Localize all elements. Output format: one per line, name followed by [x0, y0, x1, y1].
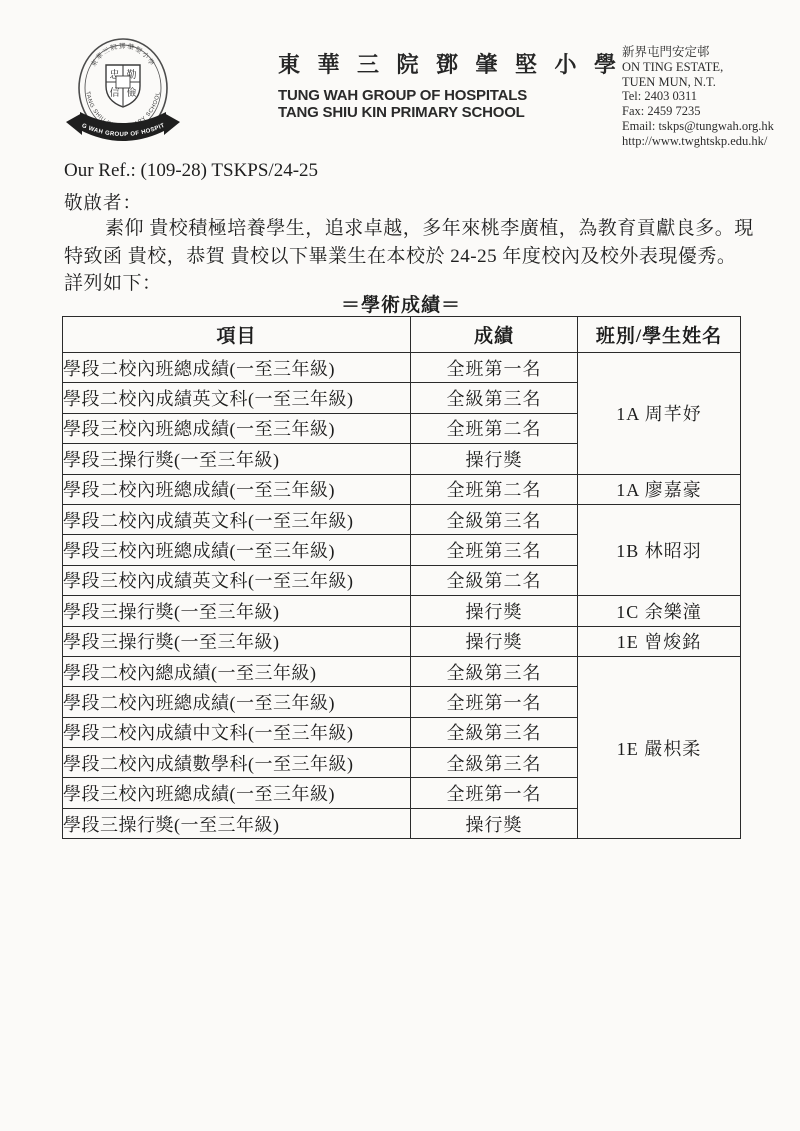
salutation: 敬啟者：: [64, 189, 142, 215]
result-cell: 全班第一名: [411, 687, 578, 717]
result-cell: 全班第二名: [411, 474, 578, 504]
results-table: 項目 成績 班別/學生姓名 學段二校內班總成績(一至三年級)全班第一名1A 周芊…: [62, 316, 741, 839]
item-cell: 學段三校內班總成績(一至三年級): [63, 413, 411, 443]
letter-body: 素仰 貴校積極培養學生，追求卓越，多年來桃李廣植，為教育貢獻良多。現 特致函 貴…: [64, 215, 754, 298]
result-cell: 全級第三名: [411, 748, 578, 778]
item-cell: 學段二校內總成績(一至三年級): [63, 656, 411, 686]
item-cell: 學段二校內班總成績(一至三年級): [63, 353, 411, 383]
contact-address-line2: TUEN MUN, N.T.: [622, 75, 798, 90]
results-table-body: 學段二校內班總成績(一至三年級)全班第一名1A 周芊妤學段二校內成績英文科(一至…: [63, 353, 741, 839]
body-line-1: 素仰 貴校積極培養學生，追求卓越，多年來桃李廣植，為教育貢獻良多。現: [64, 215, 754, 243]
contact-address-line1: ON TING ESTATE,: [622, 60, 798, 75]
item-cell: 學段二校內班總成績(一至三年級): [63, 474, 411, 504]
table-row: 學段二校內總成績(一至三年級)全級第三名1E 嚴枳柔: [63, 656, 741, 686]
contact-website: http://www.twghtskp.edu.hk/: [622, 134, 798, 149]
contact-block: 新界屯門安定邨 ON TING ESTATE, TUEN MUN, N.T. T…: [622, 45, 798, 149]
result-cell: 全級第三名: [411, 504, 578, 534]
item-cell: 學段二校內成績英文科(一至三年級): [63, 383, 411, 413]
result-cell: 全級第三名: [411, 656, 578, 686]
item-cell: 學段二校內班總成績(一至三年級): [63, 687, 411, 717]
table-title: ＝學術成績＝: [62, 290, 740, 317]
header-class-student: 班別/學生姓名: [578, 317, 741, 353]
header-item: 項目: [63, 317, 411, 353]
table-row: 學段二校內成績英文科(一至三年級)全級第三名1B 林昭羽: [63, 504, 741, 534]
student-cell: 1A 周芊妤: [578, 353, 741, 475]
svg-text:東華三院鄧肇堅小學: 東華三院鄧肇堅小學: [89, 41, 158, 68]
item-cell: 學段三校內班總成績(一至三年級): [63, 778, 411, 808]
crest-ring-text-zh: 東華三院鄧肇堅小學: [89, 41, 158, 68]
item-cell: 學段二校內成績中文科(一至三年級): [63, 717, 411, 747]
item-cell: 學段三操行獎(一至三年級): [63, 808, 411, 838]
school-name-english-line1: TUNG WAH GROUP OF HOSPITALS: [278, 88, 598, 105]
school-name-chinese: 東 華 三 院 鄧 肇 堅 小 學: [278, 48, 598, 79]
result-cell: 操行獎: [411, 596, 578, 626]
item-cell: 學段三校內成績英文科(一至三年級): [63, 565, 411, 595]
contact-email: Email: tskps@tungwah.org.hk: [622, 119, 798, 134]
result-cell: 全班第二名: [411, 413, 578, 443]
table-header-row: 項目 成績 班別/學生姓名: [63, 317, 741, 353]
table-row: 學段二校內班總成績(一至三年級)全班第一名1A 周芊妤: [63, 353, 741, 383]
contact-address-chinese: 新界屯門安定邨: [622, 45, 798, 60]
school-name-english: TUNG WAH GROUP OF HOSPITALS TANG SHIU KI…: [278, 88, 598, 121]
item-cell: 學段二校內成績英文科(一至三年級): [63, 504, 411, 534]
table-row: 學段三操行獎(一至三年級)操行獎1C 余樂潼: [63, 596, 741, 626]
result-cell: 全班第三名: [411, 535, 578, 565]
item-cell: 學段三操行獎(一至三年級): [63, 444, 411, 474]
contact-tel: Tel: 2403 0311: [622, 89, 798, 104]
header-result: 成績: [411, 317, 578, 353]
item-cell: 學段三操行獎(一至三年級): [63, 626, 411, 656]
result-cell: 全班第一名: [411, 778, 578, 808]
table-row: 學段三操行獎(一至三年級)操行獎1E 曾焌銘: [63, 626, 741, 656]
student-cell: 1E 曾焌銘: [578, 626, 741, 656]
contact-fax: Fax: 2459 7235: [622, 104, 798, 119]
scanned-letter-page: 東華三院鄧肇堅小學 TANG SHIU KIN PRIMARY SCHOOL 忠…: [0, 0, 800, 1131]
result-cell: 全級第二名: [411, 565, 578, 595]
result-cell: 操行獎: [411, 444, 578, 474]
table-row: 學段二校內班總成績(一至三年級)全班第二名1A 廖嘉豪: [63, 474, 741, 504]
result-cell: 全級第三名: [411, 383, 578, 413]
result-cell: 操行獎: [411, 808, 578, 838]
item-cell: 學段三操行獎(一至三年級): [63, 596, 411, 626]
result-cell: 全級第三名: [411, 717, 578, 747]
reference-line: Our Ref.: (109-28) TSKPS/24-25: [64, 160, 318, 182]
school-crest-logo: 東華三院鄧肇堅小學 TANG SHIU KIN PRIMARY SCHOOL 忠…: [62, 34, 184, 156]
student-cell: 1C 余樂潼: [578, 596, 741, 626]
school-title-block: 東 華 三 院 鄧 肇 堅 小 學 TUNG WAH GROUP OF HOSP…: [278, 48, 598, 121]
student-cell: 1E 嚴枳柔: [578, 656, 741, 838]
item-cell: 學段二校內成績數學科(一至三年級): [63, 748, 411, 778]
item-cell: 學段三校內班總成績(一至三年級): [63, 535, 411, 565]
body-line-2: 特致函 貴校，恭賀 貴校以下畢業生在本校於 24-25 年度校內及校外表現優秀。: [64, 243, 754, 271]
student-cell: 1A 廖嘉豪: [578, 474, 741, 504]
school-name-english-line2: TANG SHIU KIN PRIMARY SCHOOL: [278, 105, 598, 122]
result-cell: 操行獎: [411, 626, 578, 656]
result-cell: 全班第一名: [411, 353, 578, 383]
student-cell: 1B 林昭羽: [578, 504, 741, 595]
school-crest-icon: 東華三院鄧肇堅小學 TANG SHIU KIN PRIMARY SCHOOL 忠…: [62, 34, 184, 156]
